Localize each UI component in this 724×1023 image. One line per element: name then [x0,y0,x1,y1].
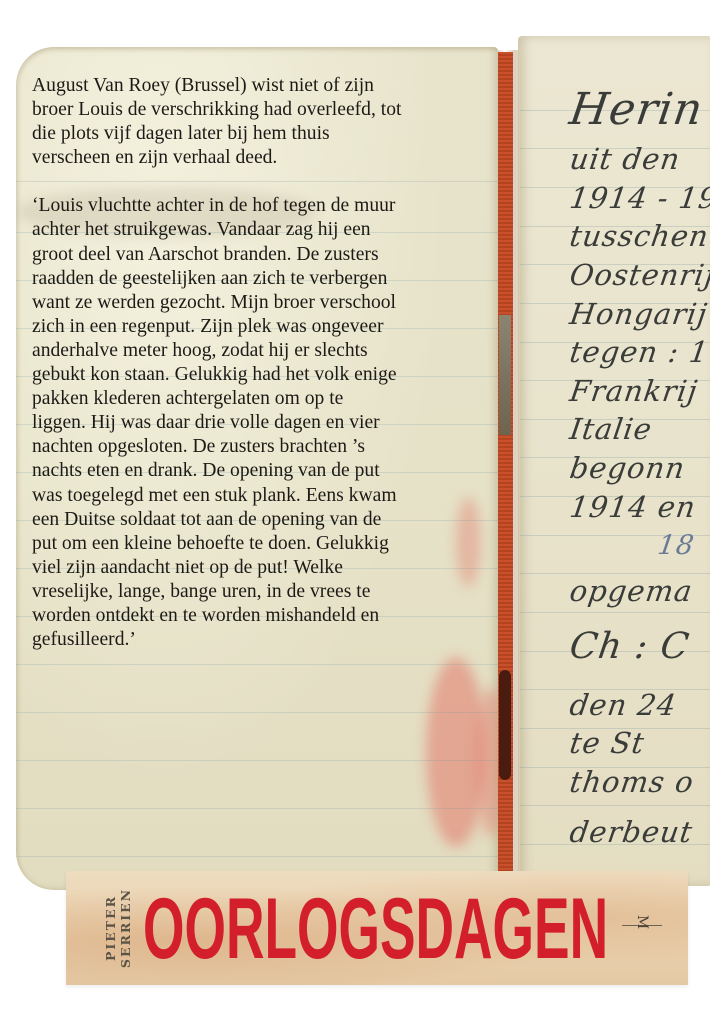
ruled-line [16,712,498,713]
text-line: pakken klederen achtergelaten om op te [32,387,502,411]
binding-tear [499,670,511,780]
red-stain [476,687,498,837]
text-line: vreselijke, lange, bange uren, in de vre… [32,580,502,604]
text-line: anderhalve meter hoog, zodat hij er slec… [32,339,502,363]
handwriting-line: Herin [566,84,706,135]
text-line: achter het struikgewas. Vandaar zag hij … [32,218,502,242]
ruled-line [518,805,710,806]
handwriting-line: tusschen [568,219,710,253]
ruled-line [16,664,498,665]
text-line: nachts eten en drank. De opening van de … [32,459,502,483]
author-name-rotated: PIETER SERRIEN [103,888,133,968]
handwriting-line: Hongarij [568,297,710,331]
text-line: viel zijn aandacht niet op de put! Welke [32,556,502,580]
book-spine-banner: PIETER SERRIEN OORLOGSDAGEN M [66,871,688,985]
handwriting-line: begonn [568,451,688,485]
publisher-m-icon: M [634,915,650,929]
text-line: liggen. Hij was daar drie volle dagen en… [32,411,502,435]
handwriting-line: Oostenrij [568,258,710,292]
text-line: groot deel van Aarschot branden. De zust… [32,243,502,267]
handwriting-line: Italie [568,412,655,446]
text-line: nachten opgesloten. De zusters brachten … [32,435,502,459]
text-line: worden ontdekt en te worden mishandeld e… [32,604,502,628]
book-cover-scene: Herin uit den 1914 - 19 tusschen Oostenr… [0,0,724,1023]
handwriting-line: Ch : C [567,626,692,667]
handwriting-number: 18 [656,530,697,561]
ruled-line [518,612,710,613]
quote-paragraph: ‘Louis vluchtte achter in de hof tegen d… [32,194,502,652]
text-line: put om een kleine behoefte te doen. Gelu… [32,532,502,556]
handwritten-notebook-page: Herin uit den 1914 - 19 tusschen Oostenr… [518,36,710,886]
handwriting-line: thoms o [568,765,697,799]
text-line: want ze werden gezocht. Mijn broer versc… [32,291,502,315]
handwriting-line: tegen : 1 [568,335,710,369]
handwriting-line: uit den [568,142,683,176]
text-line: een Duitse soldaat tot aan de opening va… [32,508,502,532]
intro-paragraph: August Van Roey (Brussel) wist niet of z… [32,74,502,170]
handwriting-line: opgema [568,574,695,608]
text-line: ‘Louis vluchtte achter in de hof tegen d… [32,194,502,218]
author-last-name: SERRIEN [118,888,133,968]
text-line: was toegelegd met een stuk plank. Eens k… [32,484,502,508]
ruled-line [16,856,498,857]
ruled-line [16,808,498,809]
text-line: gebukt kon staan. Gelukkig had het volk … [32,363,502,387]
handwriting-line: 1914 - 19 [568,181,710,215]
author-name: PIETER SERRIEN [92,871,144,985]
text-line: gefusilleerd.’ [32,628,502,652]
text-line: broer Louis de verschrikking had overlee… [32,98,502,122]
book-title: OORLOGSDAGEN [143,879,608,979]
text-line: August Van Roey (Brussel) wist niet of z… [32,74,502,98]
handwriting-line: te St [568,726,647,760]
handwriting-line: den 24 [568,688,679,722]
text-line: die plots vijf dagen later bij hem thuis [32,122,502,146]
publisher-logo: M [622,915,662,937]
handwriting-line: derbeut [568,815,695,849]
handwriting-line: 1914 en [568,490,699,524]
text-line: verscheen en zijn verhaal deed. [32,146,502,170]
story-text: August Van Roey (Brussel) wist niet of z… [32,74,502,652]
author-first-name: PIETER [103,888,118,968]
text-line: zich in een regenput. Zijn plek was onge… [32,315,502,339]
text-line: raadden de geestelijken aan zich te verb… [32,267,502,291]
ruled-line [16,760,498,761]
handwriting-line: Frankrij [568,374,700,408]
